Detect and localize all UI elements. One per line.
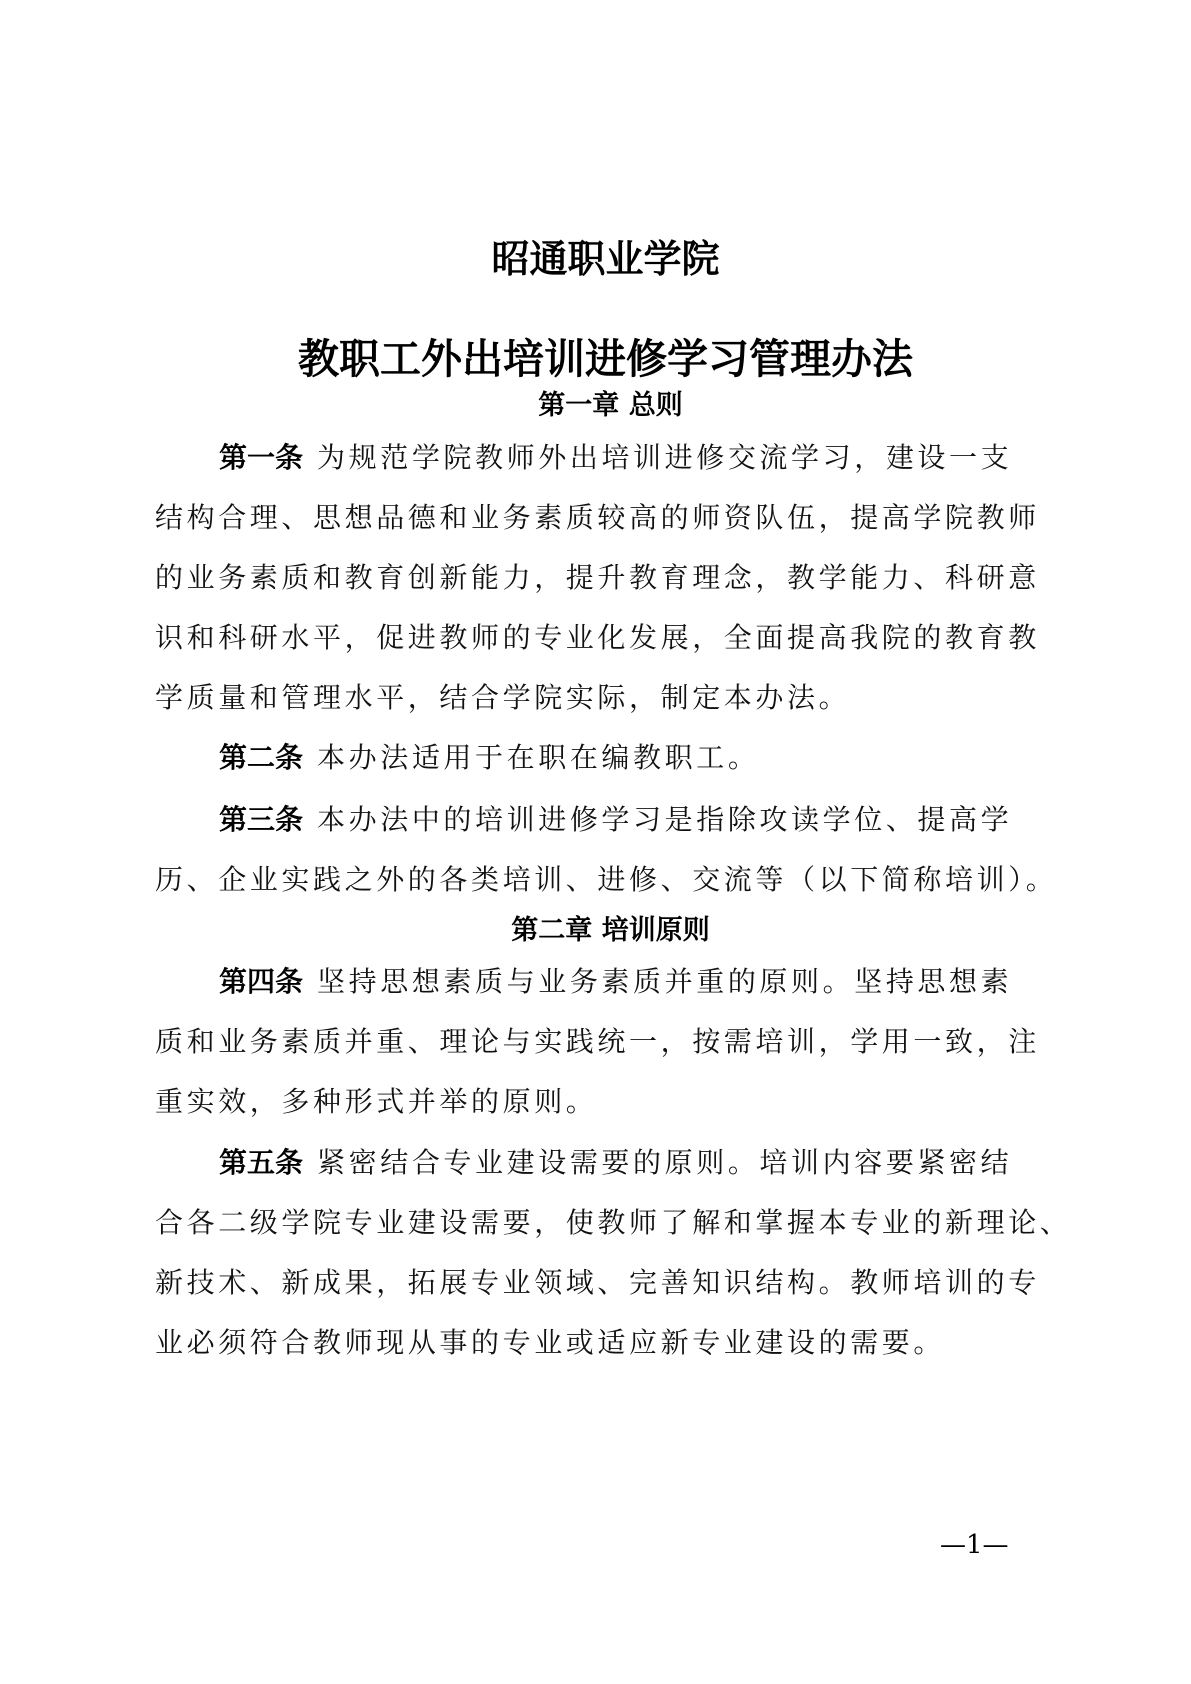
article-4-line-1: 第四条坚持思想素质与业务素质并重的原则。坚持思想素 [219,962,1099,1002]
document-title-regulation: 教职工外出培训进修学习管理办法 [0,326,1191,385]
article-1-line-2: 结构合理、思想品德和业务素质较高的师资队伍，提高学院教师 [155,498,1035,538]
article-label: 第四条 [219,965,303,998]
article-1-line-3: 的业务素质和教育创新能力，提升教育理念，教学能力、科研意 [155,558,1035,598]
article-5-line-1: 第五条紧密结合专业建设需要的原则。培训内容要紧密结 [219,1143,1099,1183]
article-3-line-2: 历、企业实践之外的各类培训、进修、交流等（以下简称培训）。 [155,860,1035,900]
article-label: 第二条 [219,741,303,774]
article-label: 第五条 [219,1146,303,1179]
article-text: 本办法中的培训进修学习是指除攻读学位、提高学 [317,803,1012,836]
article-1-line-5: 学质量和管理水平，结合学院实际，制定本办法。 [155,678,1035,718]
chapter-heading-1: 第一章 总则 [0,383,1191,422]
article-5-line-3: 新技术、新成果，拓展专业领域、完善知识结构。教师培训的专 [155,1263,1035,1303]
article-text: 本办法适用于在职在编教职工。 [317,741,759,774]
page-number: —1— [940,1530,1009,1560]
article-2-line-1: 第二条本办法适用于在职在编教职工。 [219,738,1099,778]
document-title-institution: 昭通职业学院 [0,228,1191,283]
article-4-line-3: 重实效，多种形式并举的原则。 [155,1082,1035,1122]
article-1-line-4: 识和科研水平，促进教师的专业化发展，全面提高我院的教育教 [155,618,1035,658]
chapter-heading-2: 第二章 培训原则 [0,908,1191,947]
article-4-line-2: 质和业务素质并重、理论与实践统一，按需培训，学用一致，注 [155,1022,1035,1062]
document-page: 昭通职业学院 教职工外出培训进修学习管理办法 第一章 总则 第一条为规范学院教师… [0,0,1191,1684]
article-1-line-1: 第一条为规范学院教师外出培训进修交流学习，建设一支 [219,438,1099,478]
article-text: 坚持思想素质与业务素质并重的原则。坚持思想素 [317,965,1012,998]
article-text: 紧密结合专业建设需要的原则。培训内容要紧密结 [317,1146,1012,1179]
article-text: 为规范学院教师外出培训进修交流学习，建设一支 [317,441,1012,474]
article-label: 第一条 [219,441,303,474]
article-3-line-1: 第三条本办法中的培训进修学习是指除攻读学位、提高学 [219,800,1099,840]
article-label: 第三条 [219,803,303,836]
article-5-line-4: 业必须符合教师现从事的专业或适应新专业建设的需要。 [155,1323,1035,1363]
article-5-line-2: 合各二级学院专业建设需要，使教师了解和掌握本专业的新理论、 [155,1203,1035,1243]
